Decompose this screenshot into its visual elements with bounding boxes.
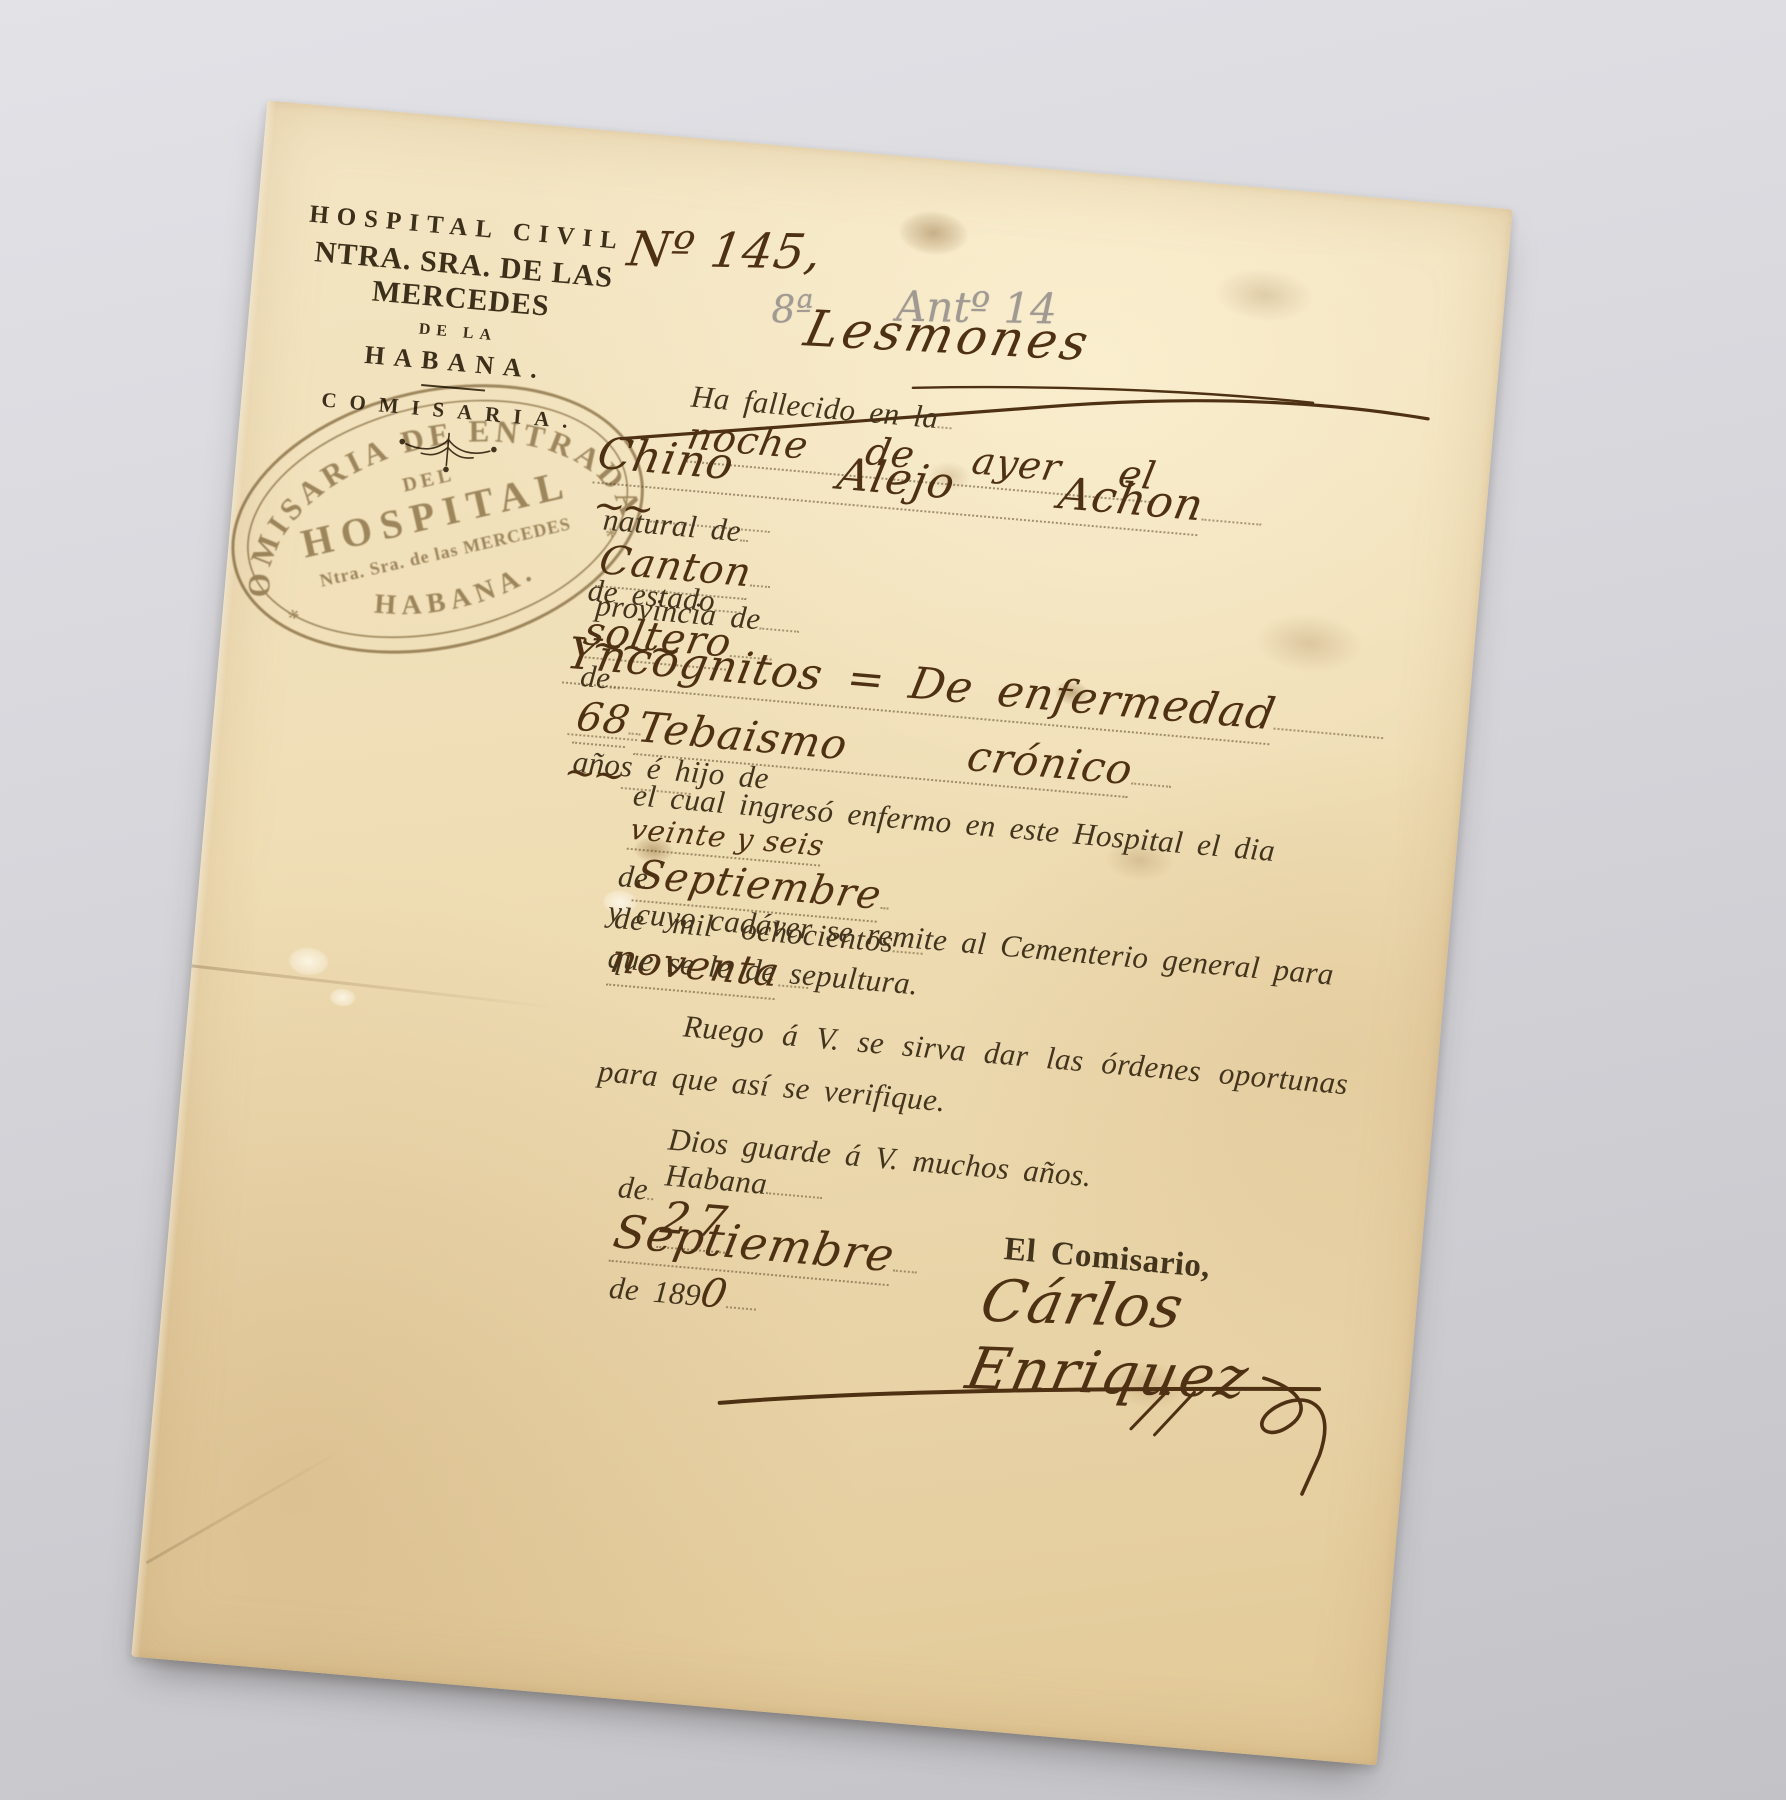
printed-de-189: de 189	[608, 1270, 703, 1313]
deckled-edge	[131, 100, 276, 1657]
printed-de: de	[617, 1170, 650, 1207]
printed-sepultura: que se le de sepultura.	[607, 940, 920, 1002]
paper-fleck	[329, 987, 356, 1007]
paper-fleck	[287, 946, 329, 977]
paper-crease	[146, 1447, 347, 1565]
stain	[1212, 264, 1316, 327]
paper-crease	[192, 964, 560, 1009]
document-sheet: HOSPITAL CIVIL NTRA. SRA. DE LAS MERCEDE…	[131, 100, 1512, 1765]
stain	[1252, 609, 1367, 678]
stain	[897, 208, 971, 258]
document-number: Nº 145,	[624, 221, 827, 280]
photo-scene: HOSPITAL CIVIL NTRA. SRA. DE LAS MERCEDE…	[0, 0, 1786, 1800]
